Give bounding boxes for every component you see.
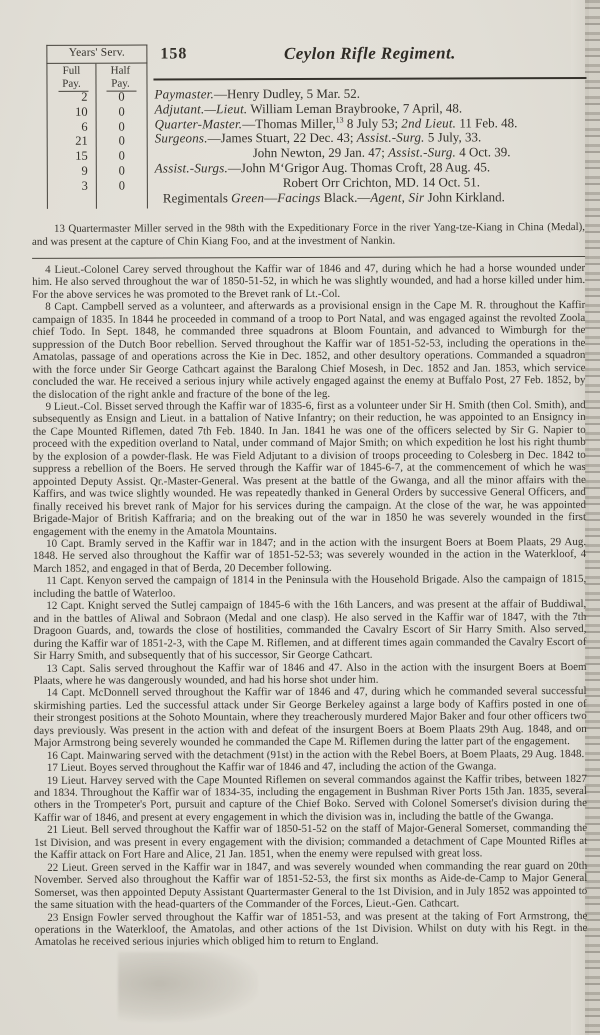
service-record-paragraph: 10 Capt. Bramly served in the Kaffir war… xyxy=(33,536,586,575)
service-record-paragraph: 19 Lieut. Harvey served with the Cape Mo… xyxy=(34,773,587,825)
half-pay-value: 0 xyxy=(97,164,147,179)
service-records: 4 Lieut.-Colonel Carey served throughout… xyxy=(32,262,588,1026)
service-record-paragraph: 16 Capt. Mainwaring served with the deta… xyxy=(34,748,587,762)
full-pay-value: 21 xyxy=(48,134,88,149)
full-pay-header: Full Pay. xyxy=(47,65,95,90)
full-pay-value: 6 xyxy=(48,119,88,134)
scanned-page: Years' Serv. Full Pay. Half Pay. 2 10 6 … xyxy=(0,0,600,1035)
service-record-paragraph: 11 Capt. Kenyon served the campaign of 1… xyxy=(33,573,586,600)
footnote-rule xyxy=(32,256,585,259)
service-record-paragraph: 13 Capt. Salis served throughout the Kaf… xyxy=(34,661,587,688)
half-pay-column: 0 0 0 0 0 0 0 xyxy=(97,90,147,194)
half-pay-value: 0 xyxy=(97,90,147,105)
half-pay-value: 0 xyxy=(97,149,147,164)
service-record-paragraph: 9 Lieut.-Col. Bisset served through the … xyxy=(33,399,586,538)
half-pay-value: 0 xyxy=(97,119,147,134)
half-pay-header: Half Pay. xyxy=(96,65,144,90)
half-pay-value: 0 xyxy=(97,134,147,149)
full-pay-column: 2 10 6 21 15 9 3 xyxy=(48,90,88,194)
full-pay-value: 2 xyxy=(48,90,88,105)
service-record-paragraph: 8 Capt. Campbell served as a volunteer, … xyxy=(32,299,585,401)
service-record-paragraph: 21 Lieut. Bell served throughout the Kaf… xyxy=(34,822,587,861)
officer-roster: Paymaster.—Henry Dudley, 5 Mar. 52. Adju… xyxy=(154,86,588,206)
service-record-paragraph: 22 Lieut. Green served in the Kaffir war… xyxy=(34,860,587,912)
regimentals-line: Regimentals Green—Facings Black.—Agent, … xyxy=(155,190,589,206)
service-record-paragraph: 4 Lieut.-Colonel Carey served throughout… xyxy=(32,262,585,301)
service-record-paragraph: 14 Capt. McDonnell served throughout the… xyxy=(34,685,587,749)
years-service-header: Years' Serv. xyxy=(47,47,146,59)
title-rule xyxy=(153,77,586,80)
full-pay-value: 9 xyxy=(48,164,88,179)
half-pay-value: 0 xyxy=(97,178,147,193)
full-pay-value: 10 xyxy=(48,105,88,120)
full-pay-value: 3 xyxy=(48,179,88,194)
service-record-paragraph: 23 Ensign Fowler served throughout the K… xyxy=(34,910,587,949)
page-title: Ceylon Rifle Regiment. xyxy=(153,43,586,65)
service-record-paragraph: 12 Capt. Knight served the Sutlej campai… xyxy=(33,598,586,662)
full-pay-value: 15 xyxy=(48,149,88,164)
footnote-13: 13 Quartermaster Miller served in the 98… xyxy=(32,221,585,250)
half-pay-value: 0 xyxy=(97,104,147,119)
